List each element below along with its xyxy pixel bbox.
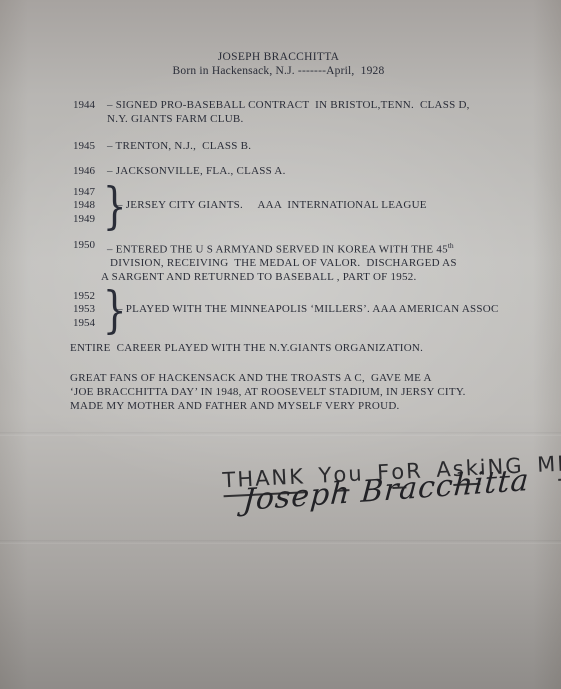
paragraph-line: ‘JOE BRACCHITTA DAY’ IN 1948, AT ROOSEVE… <box>70 386 466 400</box>
entry-line: – JERSEY CITY GIANTS. AAA INTERNATIONAL … <box>117 199 427 213</box>
entry-years: 1952 1953 1954 <box>73 290 101 330</box>
year-brace: } <box>103 186 114 226</box>
ordinal-superscript: th <box>448 241 454 250</box>
entry-lines: – TRENTON, N.J., CLASS B. <box>107 140 251 154</box>
entry-lines: – JACKSONVILLE, FLA., CLASS A. <box>107 165 286 179</box>
entry-line: – ENTERED THE U S ARMYAND SERVED IN KORE… <box>107 239 457 257</box>
year-brace: } <box>103 290 114 330</box>
page-title: JOSEPH BRACCHITTA <box>0 50 557 64</box>
entry-year: 1952 <box>73 290 101 303</box>
entry-group-1947-1949: 1947 1948 1949 } – JERSEY CITY GIANTS. A… <box>73 186 427 226</box>
paragraph-fans: GREAT FANS OF HACKENSACK AND THE TROASTS… <box>70 372 466 413</box>
entry-line: – TRENTON, N.J., CLASS B. <box>107 140 251 154</box>
scanned-letter-page: JOSEPH BRACCHITTA Born in Hackensack, N.… <box>0 0 561 689</box>
entry-year: 1948 <box>73 199 101 212</box>
entry-line-text: – ENTERED THE U S ARMYAND SERVED IN KORE… <box>107 244 448 256</box>
entry-line: – PLAYED WITH THE MINNEAPOLIS ‘MILLERS’.… <box>117 303 499 317</box>
entry-lines: – SIGNED PRO-BASEBALL CONTRACT IN BRISTO… <box>107 99 470 127</box>
entry-year: 1944 <box>73 99 107 113</box>
paragraph-career: ENTIRE CAREER PLAYED WITH THE N.Y.GIANTS… <box>70 342 423 356</box>
paragraph-line: ENTIRE CAREER PLAYED WITH THE N.Y.GIANTS… <box>70 342 423 356</box>
entry-year: 1945 <box>73 140 107 154</box>
entry-year: 1954 <box>73 317 101 330</box>
handwritten-text: E <box>557 450 561 481</box>
entry-year: 1947 <box>73 186 101 199</box>
entry-line: A SARGENT AND RETURNED TO BASEBALL , PAR… <box>101 271 457 285</box>
paper-crease <box>0 540 561 544</box>
page-subtitle: Born in Hackensack, N.J. -------April, 1… <box>0 64 557 78</box>
paragraph-line: MADE MY MOTHER AND FATHER AND MYSELF VER… <box>70 400 466 414</box>
entry-line: – JACKSONVILLE, FLA., CLASS A. <box>107 165 286 179</box>
entry-1950: 1950 – ENTERED THE U S ARMYAND SERVED IN… <box>73 239 457 285</box>
entry-1944: 1944 – SIGNED PRO-BASEBALL CONTRACT IN B… <box>73 99 470 127</box>
entry-year: 1950 <box>73 239 107 253</box>
entry-line: DIVISION, RECEIVING THE MEDAL OF VALOR. … <box>110 257 457 271</box>
entry-line: – SIGNED PRO-BASEBALL CONTRACT IN BRISTO… <box>107 99 470 113</box>
entry-year: 1949 <box>73 213 101 226</box>
entry-lines: – ENTERED THE U S ARMYAND SERVED IN KORE… <box>107 239 457 285</box>
paragraph-line: GREAT FANS OF HACKENSACK AND THE TROASTS… <box>70 372 466 386</box>
entry-years: 1947 1948 1949 <box>73 186 101 226</box>
entry-1945: 1945 – TRENTON, N.J., CLASS B. <box>73 140 251 154</box>
entry-year: 1953 <box>73 303 101 316</box>
entry-group-1952-1954: 1952 1953 1954 } – PLAYED WITH THE MINNE… <box>73 290 499 330</box>
letter-header: JOSEPH BRACCHITTA Born in Hackensack, N.… <box>0 50 557 78</box>
entry-line: N.Y. GIANTS FARM CLUB. <box>107 113 470 127</box>
